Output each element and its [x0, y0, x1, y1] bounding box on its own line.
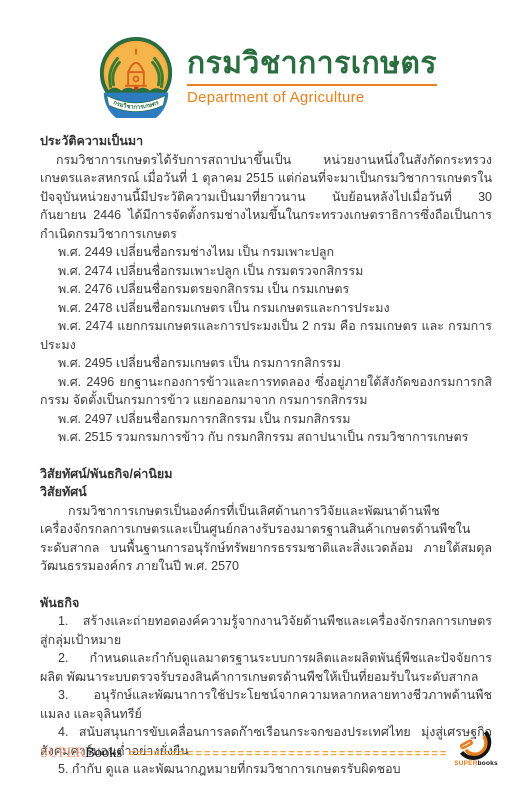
- footer-brand-books: Books: [85, 745, 122, 762]
- footer-brand-super: SUPER: [40, 745, 85, 762]
- vision-section-heading: วิสัยทัศน์/พันธกิจ/ค่านิยม: [40, 465, 492, 484]
- timeline-entry: พ.ศ. 2515 รวมกรมการข้าว กับ กรมกสิกรรม ส…: [40, 428, 492, 447]
- logo-caption-super: SUPER: [454, 760, 477, 767]
- org-name-thai: กรมวิชาการเกษตร: [187, 48, 437, 86]
- timeline-entry: พ.ศ. 2474 เปลี่ยนชื่อกรมเพาะปลูก เป็น กร…: [40, 262, 492, 281]
- org-name-english: Department of Agriculture: [187, 89, 437, 106]
- history-heading: ประวัติความเป็นมา: [40, 132, 492, 151]
- footer-divider-line: ========================================…: [128, 748, 448, 760]
- footer-brand-row: SUPERBooks =============================…: [40, 745, 448, 762]
- section-spacer: [40, 576, 492, 594]
- superbooks-logo-caption: SUPERbooks: [448, 760, 504, 768]
- section-spacer: [40, 447, 492, 465]
- vision-heading: วิสัยทัศน์: [40, 483, 492, 502]
- org-title-block: กรมวิชาการเกษตร Department of Agricultur…: [187, 48, 437, 106]
- history-intro-paragraph: กรมวิชาการเกษตรได้รับการสถาปนาขึ้นเป็น ห…: [40, 151, 492, 244]
- footer: SUPERBooks =============================…: [40, 720, 504, 768]
- document-page: กรมวิชาการเกษตร กรมวิชาการเกษตร Departme…: [0, 0, 532, 790]
- department-of-agriculture-emblem-icon: กรมวิชาการเกษตร: [95, 36, 177, 118]
- document-body: ประวัติความเป็นมา กรมวิชาการเกษตรได้รับก…: [0, 132, 532, 779]
- mission-item: 1. สร้างและถ่ายทอดองค์ความรู้จากงานวิจัย…: [40, 612, 492, 649]
- timeline-entry: พ.ศ. 2497 เปลี่ยนชื่อกรมการกสิกรรม เป็น …: [40, 410, 492, 429]
- mission-item: 3. อนุรักษ์และพัฒนาการใช้ประโยชน์จากความ…: [40, 686, 492, 723]
- header: กรมวิชาการเกษตร กรมวิชาการเกษตร Departme…: [0, 36, 532, 118]
- timeline-entry: พ.ศ. 2478 เปลี่ยนชื่อกรมเกษตร เป็น กรมเก…: [40, 299, 492, 318]
- mission-heading: พันธกิจ: [40, 594, 492, 613]
- superbooks-logo: SUPERbooks: [448, 726, 504, 768]
- timeline-entry: พ.ศ. 2496 ยกฐานะกองการข้าวและการทดลอง ซึ…: [40, 373, 492, 410]
- timeline-entry: พ.ศ. 2474 แยกกรมเกษตรและการประมงเป็น 2 ก…: [40, 317, 492, 354]
- superbooks-swoosh-icon: [454, 726, 498, 760]
- logo-caption-books: books: [478, 760, 498, 767]
- timeline-entry: พ.ศ. 2449 เปลี่ยนชื่อกรมช่างไหม เป็น กรม…: [40, 243, 492, 262]
- vision-paragraph: กรมวิชาการเกษตรเป็นองค์กรที่เป็นเลิศด้าน…: [40, 502, 492, 576]
- timeline-entry: พ.ศ. 2476 เปลี่ยนชื่อกรมตรยจกสิกรรม เป็น…: [40, 280, 492, 299]
- mission-item: 2. กำหนดและกำกับดูแลมาตรฐานระบบการผลิตแล…: [40, 649, 492, 686]
- timeline-entry: พ.ศ. 2495 เปลี่ยนชื่อกรมเกษตร เป็น กรมกา…: [40, 354, 492, 373]
